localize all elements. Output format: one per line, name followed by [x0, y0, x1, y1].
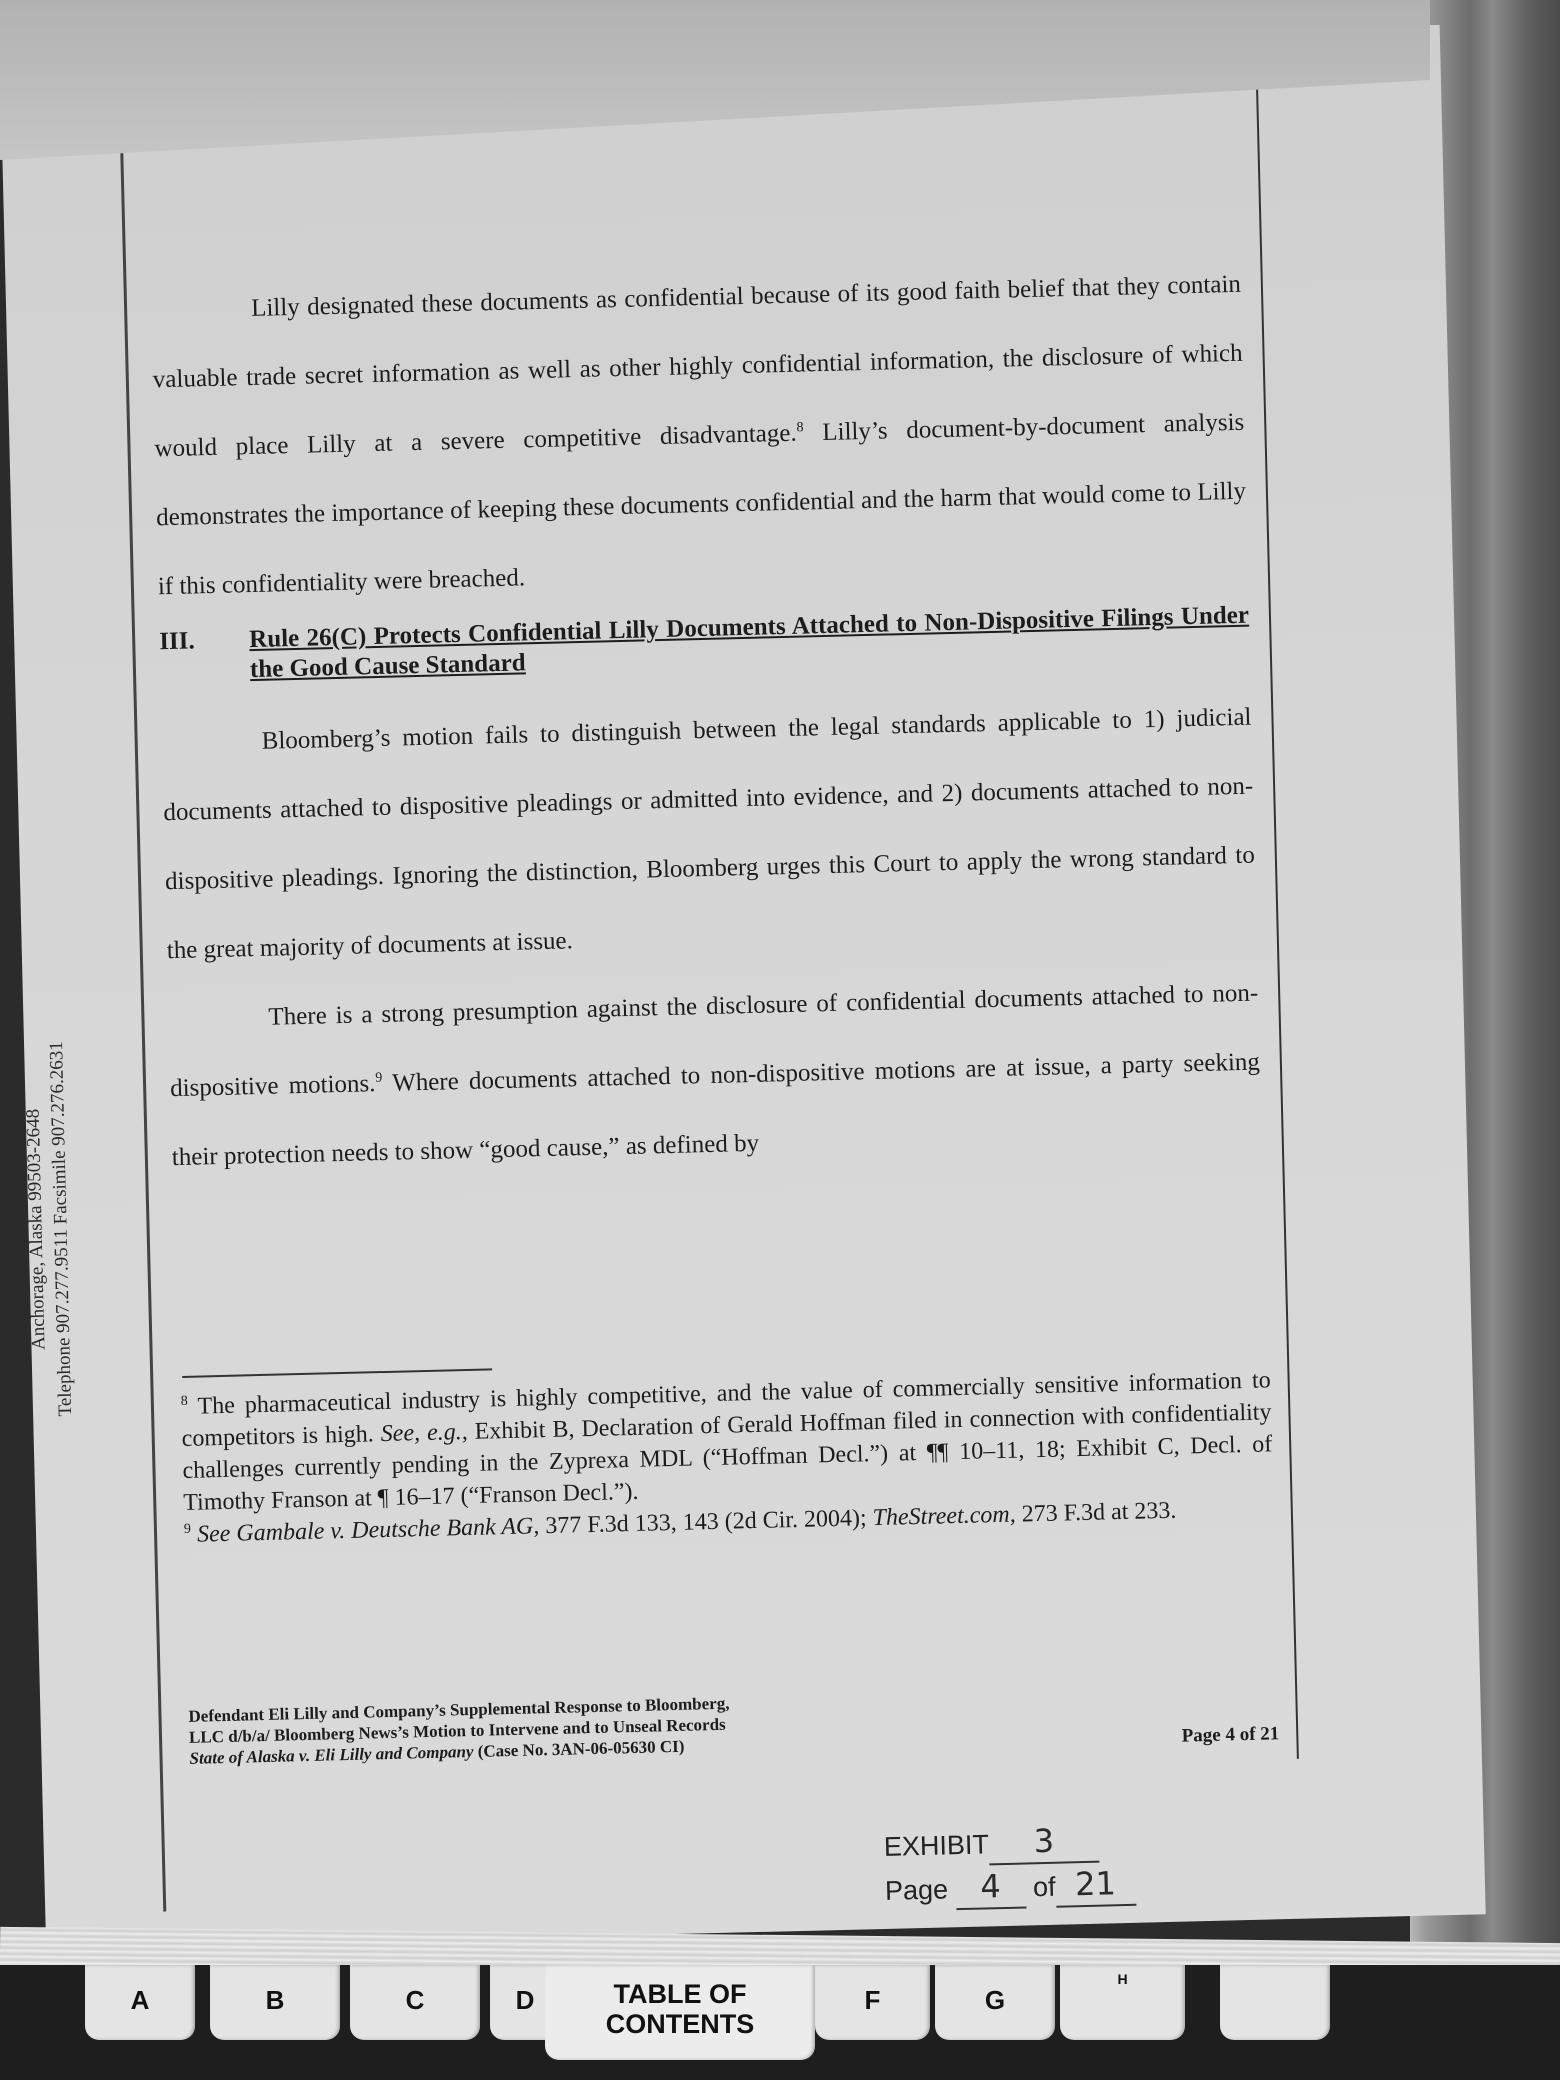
exhibit-stamp: EXHIBIT3 Page 4 of21: [883, 1818, 1136, 1912]
exhibit-page-total: 21: [1055, 1862, 1136, 1908]
tab-f[interactable]: F: [815, 1965, 930, 2040]
section-number: III.: [159, 625, 250, 687]
paragraph-1: Lilly designated these documents as conf…: [150, 250, 1248, 622]
divider-tabs: A B C D TABLE OF CONTENTS F G H: [0, 1965, 1560, 2080]
exhibit-label: EXHIBIT: [884, 1829, 990, 1862]
firm-sidebar: LANE POWELL LLC 301 West Northern Lights…: [0, 879, 82, 1581]
paragraph-3: There is a strong presumption against th…: [168, 959, 1263, 1193]
exhibit-number: 3: [988, 1819, 1099, 1866]
footnote-divider: [182, 1368, 492, 1378]
paragraph-2: Bloomberg’s motion fails to distinguish …: [161, 683, 1257, 986]
tab-blank[interactable]: [1220, 1965, 1330, 2040]
tab-g[interactable]: G: [935, 1965, 1055, 2040]
tab-a[interactable]: A: [85, 1965, 195, 2040]
exhibit-page-label: Page: [885, 1874, 949, 1906]
document-page: LANE POWELL LLC 301 West Northern Lights…: [0, 25, 1486, 1950]
tab-table-of-contents[interactable]: TABLE OF CONTENTS: [545, 1965, 815, 2060]
tab-c[interactable]: C: [350, 1965, 480, 2040]
footnotes: 8 The pharmaceutical industry is highly …: [181, 1364, 1275, 1551]
page-number: Page 4 of 21: [1181, 1723, 1279, 1746]
tab-b[interactable]: B: [210, 1965, 340, 2040]
page-footer: Defendant Eli Lilly and Company’s Supple…: [188, 1679, 1279, 1769]
exhibit-page-number: 4: [955, 1864, 1026, 1910]
body-text: Lilly designated these documents as conf…: [150, 250, 1262, 1192]
tab-h[interactable]: H: [1060, 1965, 1185, 2040]
